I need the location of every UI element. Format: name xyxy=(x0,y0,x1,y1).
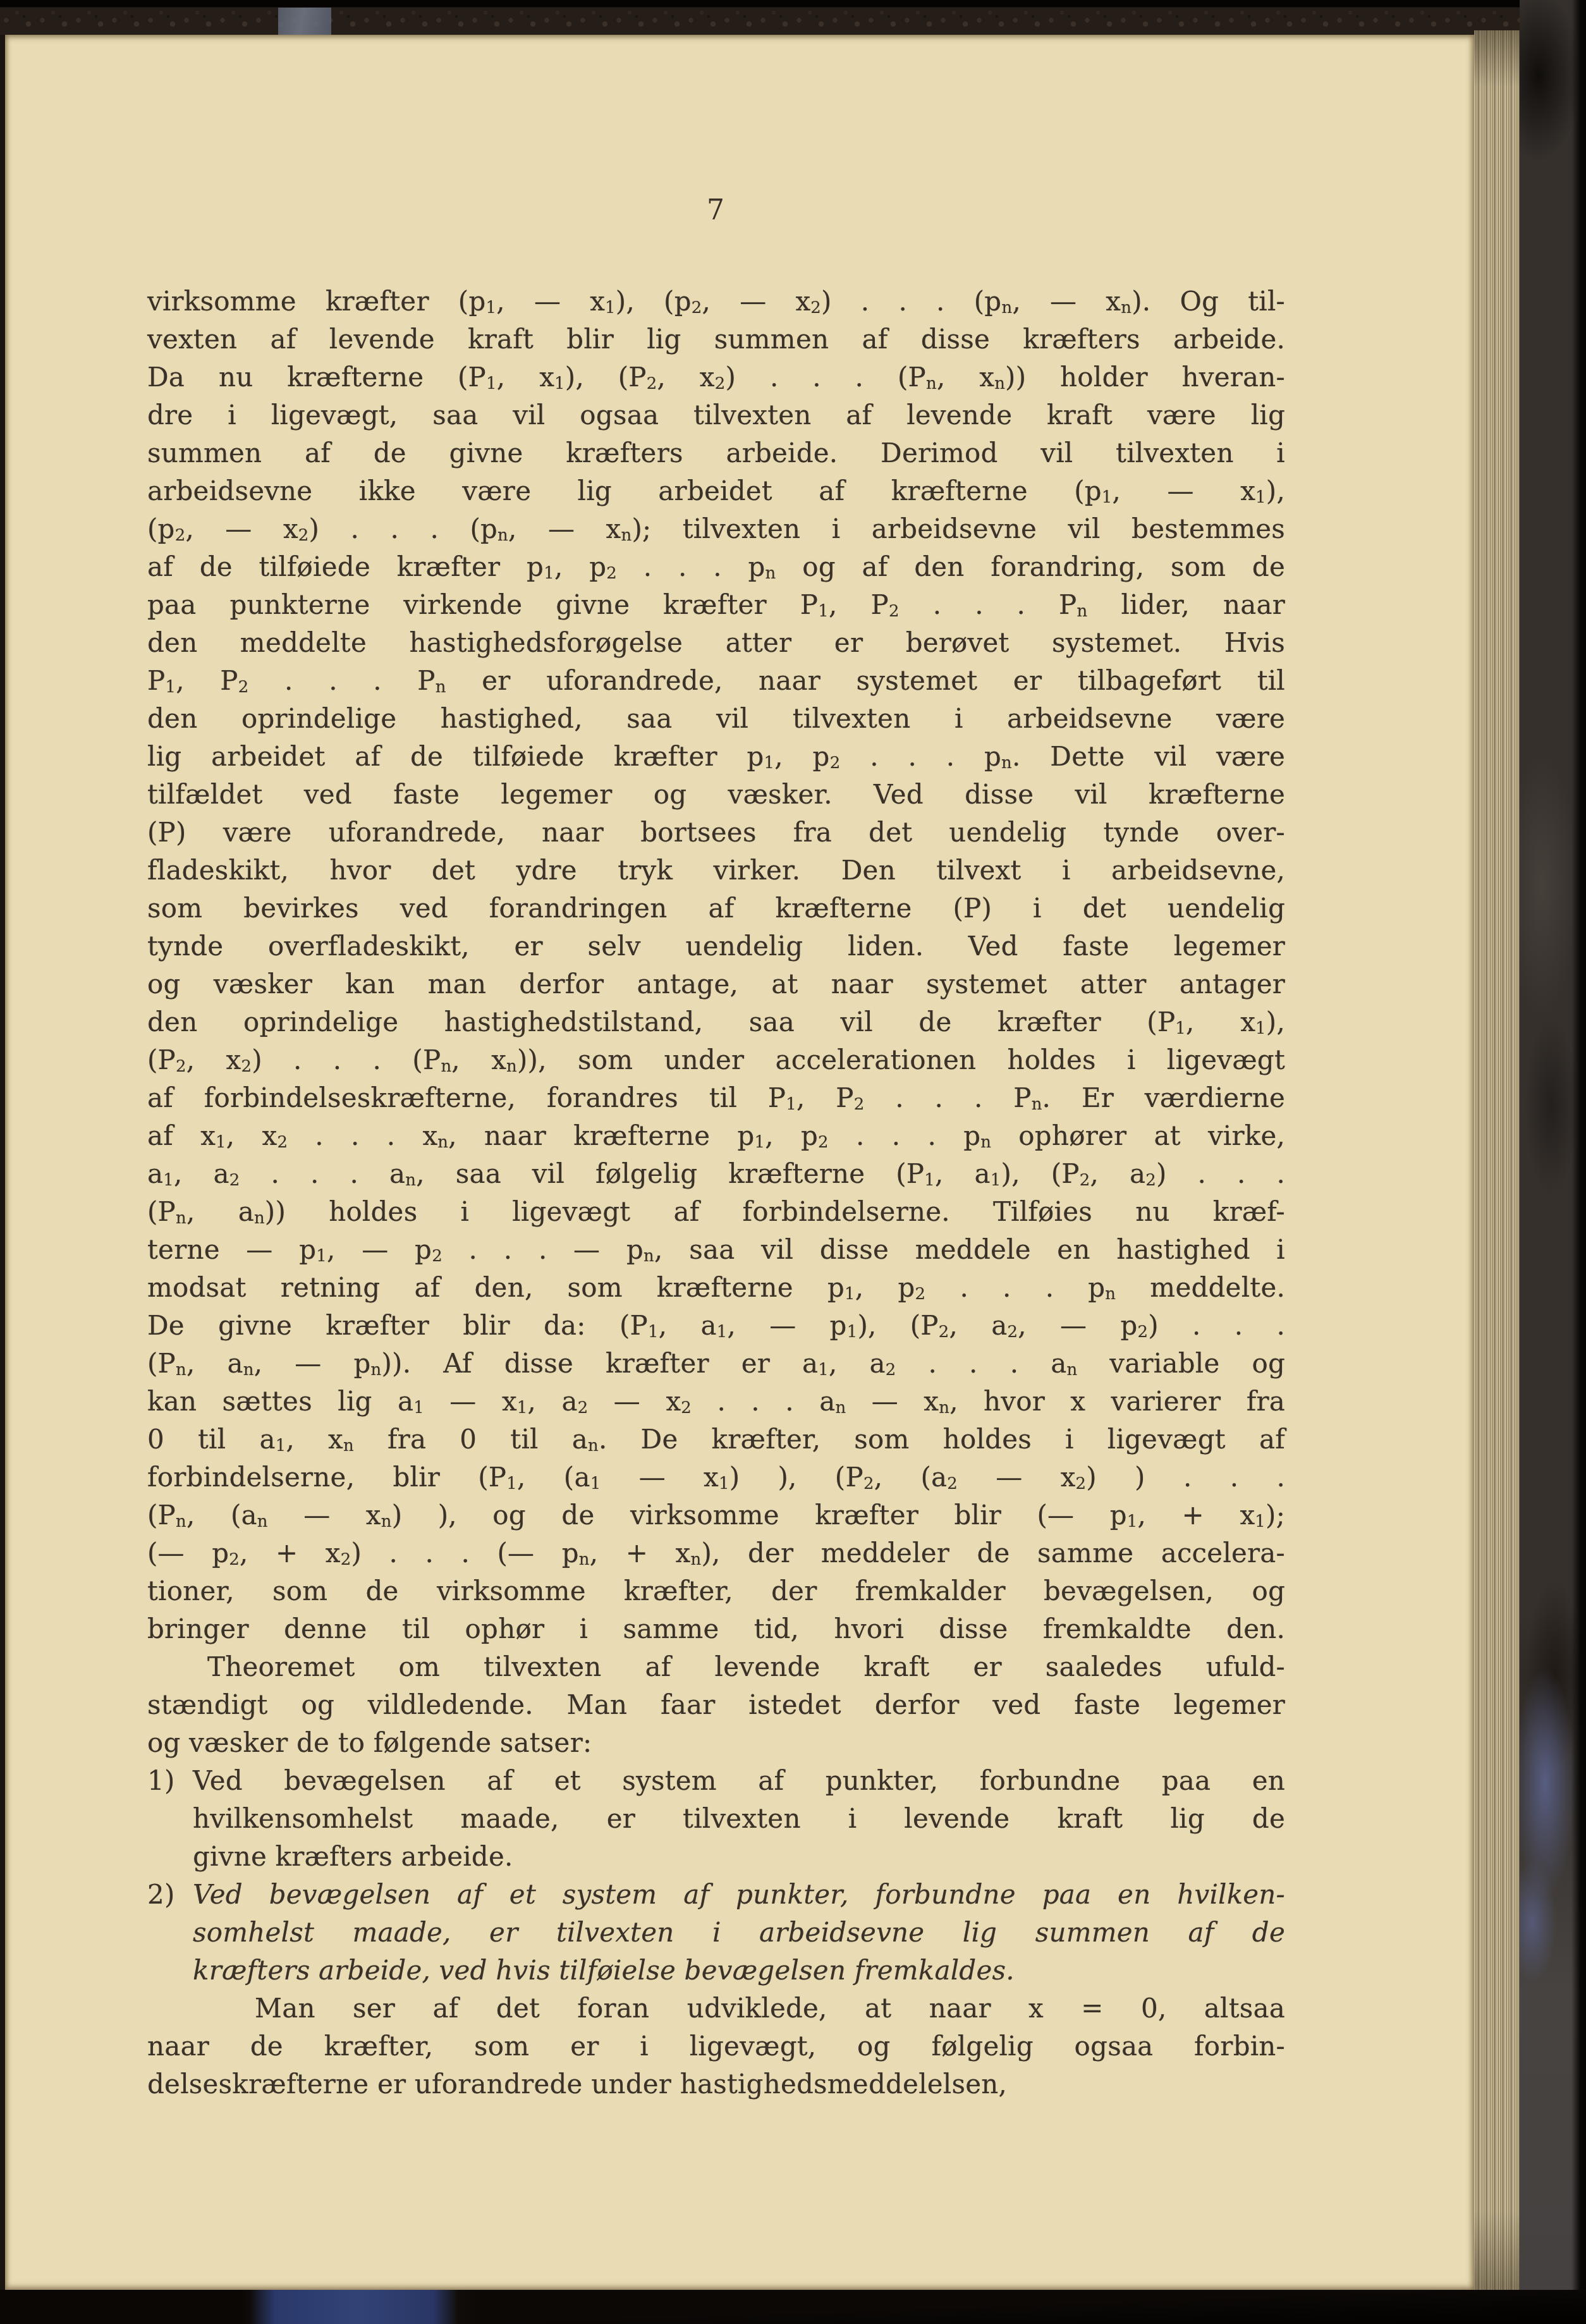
text-line: af forbindelseskræfterne, forandres til … xyxy=(147,1079,1285,1117)
text-line: den oprindelige hastighedstilstand, saa … xyxy=(147,1003,1285,1041)
text-line: (p2, — x2) . . . (pn, — xn); tilvexten i… xyxy=(147,510,1285,548)
book-page-paper: 7 virksomme kræfter (p1, — x1), (p2, — x… xyxy=(5,35,1474,2290)
text-line: De givne kræfter blir da: (P1, a1, — p1)… xyxy=(147,1307,1285,1345)
text-line: modsat retning af den, som kræfterne p1,… xyxy=(147,1269,1285,1307)
page-number: 7 xyxy=(147,194,1285,226)
cover-marble-patch-bottom xyxy=(250,2290,458,2324)
text-line: fladeskikt, hvor det ydre tryk virker. D… xyxy=(147,852,1285,890)
text-line: dre i ligevægt, saa vil ogsaa tilvexten … xyxy=(147,396,1285,434)
text-line: naar de kræfter, som er i ligevægt, og f… xyxy=(147,2027,1285,2065)
text-line: virksomme kræfter (p1, — x1), (p2, — x2)… xyxy=(147,283,1285,321)
book-cover-bottom-edge xyxy=(0,2290,1586,2324)
text-line: tilfældet ved faste legemer og væsker. V… xyxy=(147,776,1285,814)
page-stack-edge xyxy=(1474,30,1520,2294)
text-line: a1, a2 . . . an, saa vil følgelig kræfte… xyxy=(147,1155,1285,1193)
text-line: tynde overfladeskikt, er selv uendelig l… xyxy=(147,927,1285,965)
text-line: delseskræfterne er uforandrede under has… xyxy=(147,2065,1285,2103)
text-line: stændigt og vildledende. Man faar istede… xyxy=(147,1686,1285,1724)
text-line: den oprindelige hastighed, saa vil tilve… xyxy=(147,700,1285,738)
book-cover-right xyxy=(1520,0,1586,2324)
text-line: lig arbeidet af de tilføiede kræfter p1,… xyxy=(147,738,1285,776)
text-line: forbindelserne, blir (P1, (a1 — x1) ), (… xyxy=(147,1459,1285,1496)
text-line: 1)Ved bevægelsen af et system af punkter… xyxy=(147,1762,1285,1800)
list-item-number: 1) xyxy=(147,1762,175,1800)
book-cover-top-edge xyxy=(0,0,1586,35)
text-line: P1, P2 . . . Pn er uforandrede, naar sys… xyxy=(147,662,1285,700)
text-line: vexten af levende kraft blir lig summen … xyxy=(147,321,1285,358)
text-line: den meddelte hastighedsforøgelse atter e… xyxy=(147,624,1285,662)
text-line: hvilkensomhelst maade, er tilvexten i le… xyxy=(147,1800,1285,1838)
text-line: (Pn, an, — pn)). Af disse kræfter er a1,… xyxy=(147,1345,1285,1383)
text-line: af de tilføiede kræfter p1, p2 . . . pn … xyxy=(147,548,1285,586)
text-line: paa punkterne virkende givne kræfter P1,… xyxy=(147,586,1285,624)
text-line: (Pn, (an — xn) ), og de virksomme kræfte… xyxy=(147,1496,1285,1534)
text-line: af x1, x2 . . . xn, naar kræfterne p1, p… xyxy=(147,1117,1285,1155)
text-line: (P) være uforandrede, naar bortsees fra … xyxy=(147,814,1285,852)
text-line: Da nu kræfterne (P1, x1), (P2, x2) . . .… xyxy=(147,358,1285,396)
cover-marble-patch xyxy=(278,8,331,35)
text-line: og væsker kan man derfor antage, at naar… xyxy=(147,965,1285,1003)
text-line: som bevirkes ved forandringen af kræfter… xyxy=(147,890,1285,927)
text-line: (Pn, an)) holdes i ligevægt af forbindel… xyxy=(147,1193,1285,1231)
text-line: og væsker de to følgende satser: xyxy=(147,1724,1285,1762)
text-line: (P2, x2) . . . (Pn, xn)), som under acce… xyxy=(147,1041,1285,1079)
text-line: tioner, som de virksomme kræfter, der fr… xyxy=(147,1572,1285,1610)
text-line: summen af de givne kræfters arbeide. Der… xyxy=(147,434,1285,472)
text-line: kan sættes lig a1 — x1, a2 — x2 . . . an… xyxy=(147,1383,1285,1421)
text-line: givne kræfters arbeide. xyxy=(147,1838,1285,1876)
text-line: kræfters arbeide, ved hvis tilføielse be… xyxy=(147,1952,1285,1990)
text-line: 0 til a1, xn fra 0 til an. De kræfter, s… xyxy=(147,1421,1285,1459)
text-line: arbeidsevne ikke være lig arbeidet af kr… xyxy=(147,472,1285,510)
text-line: terne — p1, — p2 . . . — pn, saa vil dis… xyxy=(147,1231,1285,1269)
text-line: 2)Ved bevægelsen af et system af punkter… xyxy=(147,1876,1285,1914)
scanned-book-page: 7 virksomme kræfter (p1, — x1), (p2, — x… xyxy=(0,0,1586,2324)
text-line: somhelst maade, er tilvexten i arbeidsev… xyxy=(147,1914,1285,1952)
page-text-block: virksomme kræfter (p1, — x1), (p2, — x2)… xyxy=(147,283,1285,2103)
text-line: (— p2, + x2) . . . (— pn, + xn), der med… xyxy=(147,1534,1285,1572)
text-line: Man ser af det foran udviklede, at naar … xyxy=(147,1990,1285,2027)
list-item-number: 2) xyxy=(147,1876,175,1914)
text-line: Theoremet om tilvexten af levende kraft … xyxy=(147,1648,1285,1686)
text-line: bringer denne til ophør i samme tid, hvo… xyxy=(147,1610,1285,1648)
